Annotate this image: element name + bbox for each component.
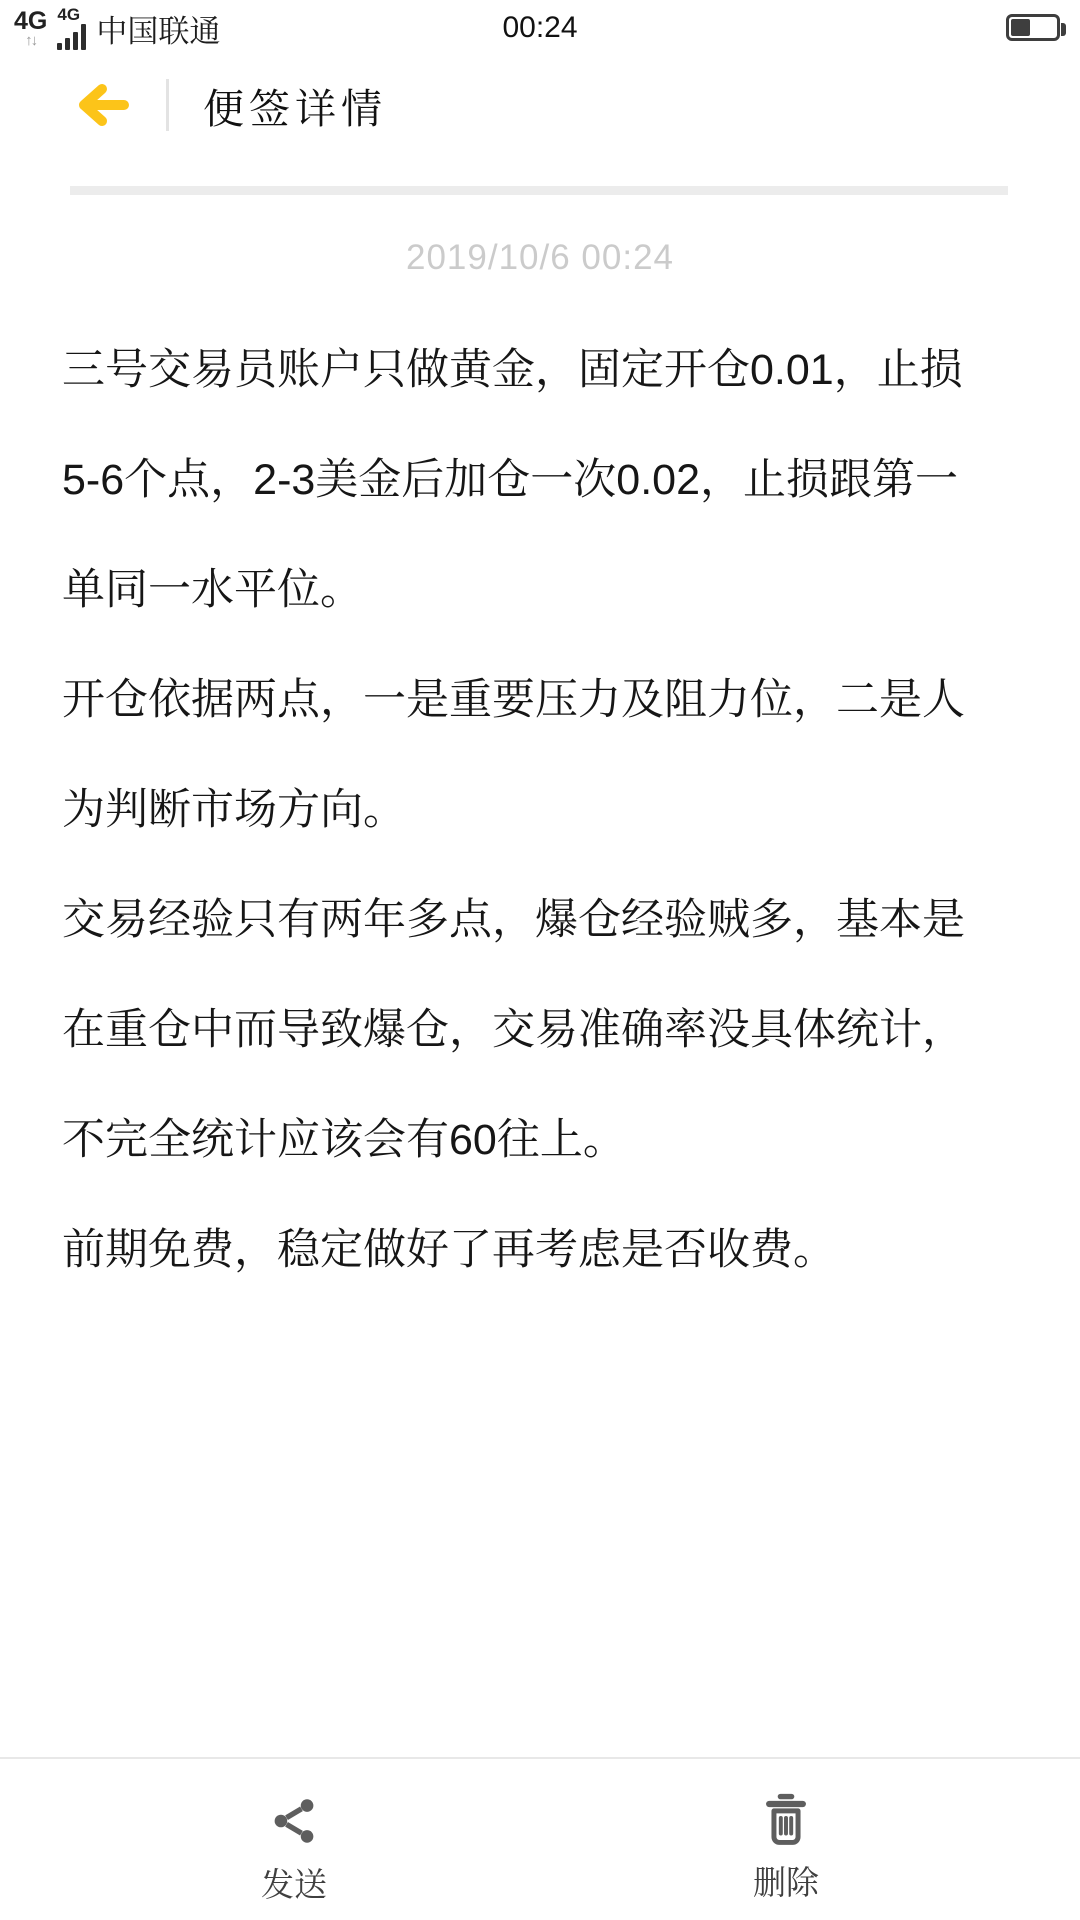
share-icon	[266, 1793, 322, 1849]
sim1-network-indicator: 4G ↑↓	[14, 9, 47, 48]
delete-label: 删除	[753, 1857, 819, 1904]
battery-icon	[1006, 14, 1060, 41]
status-time: 00:24	[502, 11, 577, 45]
carrier-label: 中国联通	[96, 6, 220, 51]
page-title: 便签详情	[203, 76, 387, 135]
sim2-network-indicator: 4G	[57, 6, 86, 50]
back-button[interactable]	[76, 83, 130, 127]
signal-bars-icon	[57, 24, 86, 50]
send-label: 发送	[261, 1859, 327, 1906]
sim2-network-type: 4G	[57, 6, 80, 23]
send-button[interactable]: 发送	[261, 1793, 327, 1906]
note-paragraph: 交易经验只有两年多点，爆仓经验贼多，基本是 在重仓中而导致爆仓，交易准确率没具体…	[62, 865, 1022, 1195]
section-divider	[70, 186, 1008, 195]
header: 便签详情	[0, 72, 1080, 138]
bottom-action-bar: 发送 删除	[0, 1757, 1080, 1920]
arrow-left-icon	[76, 83, 130, 127]
status-bar: 4G ↑↓ 4G 中国联通 00:24	[0, 0, 1080, 56]
trash-icon	[761, 1793, 811, 1847]
header-divider	[166, 79, 169, 131]
note-paragraph: 开仓依据两点，一是重要压力及阻力位，二是人 为判断市场方向。	[62, 645, 1022, 865]
up-down-arrows-icon: ↑↓	[25, 33, 36, 48]
battery-fill	[1011, 19, 1030, 36]
delete-button[interactable]: 删除	[753, 1793, 819, 1904]
note-paragraph: 前期免费，稳定做好了再考虑是否收费。	[62, 1195, 1022, 1305]
sim1-network-type: 4G	[14, 9, 47, 34]
network-status-group: 4G ↑↓ 4G 中国联通	[14, 0, 220, 56]
note-timestamp: 2019/10/6 00:24	[0, 238, 1080, 278]
note-paragraph: 三号交易员账户只做黄金，固定开仓0.01，止损 5-6个点，2-3美金后加仓一次…	[62, 315, 1022, 645]
battery-tip	[1061, 23, 1066, 36]
note-body: 三号交易员账户只做黄金，固定开仓0.01，止损 5-6个点，2-3美金后加仓一次…	[62, 315, 1022, 1305]
